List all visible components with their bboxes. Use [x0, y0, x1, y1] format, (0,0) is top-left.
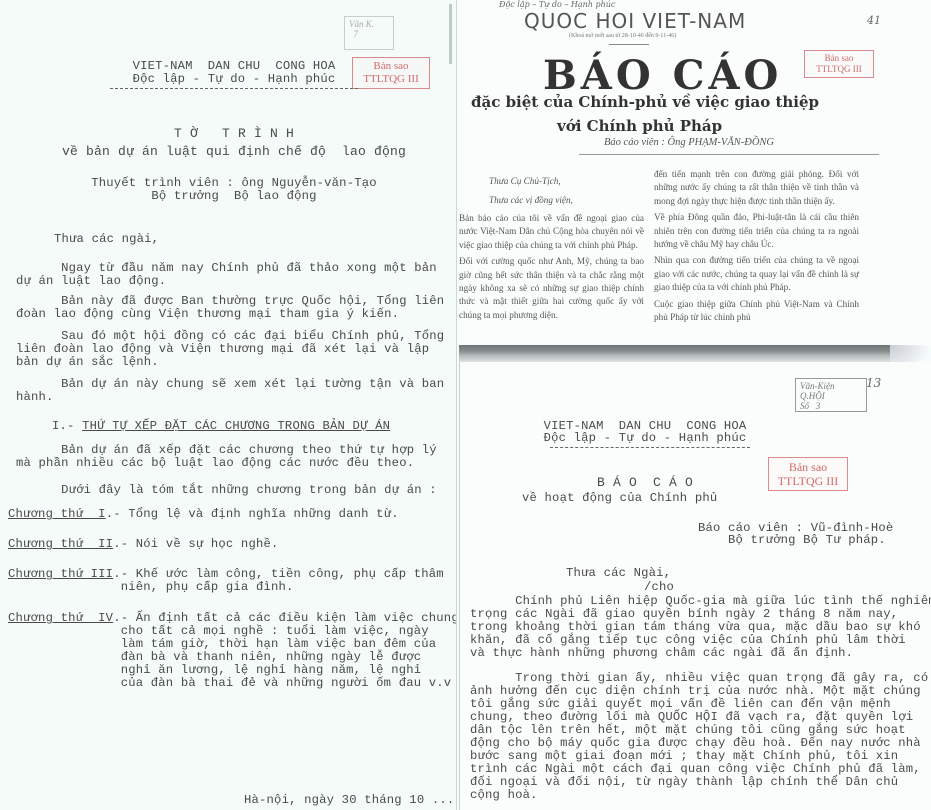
chapter-item: Chương thứ III.- Khế ước làm công, tiền …	[8, 568, 444, 594]
presenter-title: Bộ trưởng Bộ lao động	[24, 190, 444, 203]
handwritten-note: Độc lập – Tự do – Hạnh phúc	[499, 0, 615, 9]
assembly-header: QUOC HOI VIET-NAM	[524, 9, 746, 33]
registry-stamp: Văn-Kiện Q.HỘI Số 3	[795, 378, 867, 412]
header-divider	[550, 447, 750, 448]
paragraph: Bản này đã được Ban thường trực Quốc hội…	[16, 295, 444, 321]
salutation: Thưa các ngài,	[54, 233, 159, 246]
report-subtitle-1: đặc biệt của Chính-phủ về việc giao thiệ…	[471, 93, 819, 111]
header-rule	[609, 44, 649, 45]
paragraph: Trong thời gian ấy, nhiều việc quan trọn…	[470, 672, 928, 802]
archive-stamp: Bản sao TTLTQG III	[768, 457, 848, 491]
report-subtitle-2: với Chính phủ Pháp	[557, 117, 722, 135]
archive-stamp: Bản sao TTLTQG III	[804, 50, 874, 78]
paragraph: Chính phủ Liên hiệp Quốc-gia mà giữa lúc…	[470, 595, 931, 660]
text-column-2: đến tiến mạnh trên con đường giải phóng.…	[654, 168, 859, 327]
document-bao-cao-hoat-dong-chinh-phu: Văn-Kiện Q.HỘI Số 3 13 Bản sao TTLTQG II…	[459, 362, 931, 810]
paragraph: Ngay từ đầu năm nay Chính phủ đã thảo xo…	[16, 262, 437, 288]
document-to-trinh-lao-dong: Văn K. 7 Bản sao TTLTQG III VIET-NAM DAN…	[4, 0, 457, 810]
header-motto: Độc lập - Tự do - Hạnh phúc	[540, 432, 750, 445]
report-title: BÁO CÁO	[543, 52, 782, 99]
closing-date: Hà-nội, ngày 30 tháng 10 ...	[244, 794, 454, 807]
reporter: Báo cáo viên : Ông PHẠM-VĂN-ĐỒNG	[604, 137, 774, 148]
greeting: Thưa các vị đồng viện,	[489, 194, 573, 207]
section-paragraph: Bản dự án đã xếp đặt các chương theo thứ…	[16, 444, 437, 470]
paragraph: Sau đó một hội đồng có các đại biểu Chín…	[16, 330, 444, 369]
paragraph: Bản dự án này chung sẽ xem xét lại tường…	[16, 378, 444, 404]
chapter-item: Chương thứ IV.- Ấn định tất cả các điều …	[8, 612, 457, 690]
page-mark: 41	[867, 14, 881, 27]
reporter-title: Bộ trưởng Bộ Tư pháp.	[728, 534, 886, 547]
document-bao-cao-giao-thiep-phap: Độc lập – Tự do – Hạnh phúc QUOC HOI VIE…	[459, 0, 931, 347]
doc-title: B Á O C Á O	[540, 476, 750, 489]
reporter-rule	[579, 154, 879, 155]
assembly-session: (Khoá mở mới sau từ 28-10-46 đến 9-11-46…	[569, 33, 676, 39]
chapter-item: Chương thứ I.- Tổng lệ và định nghĩa nhữ…	[8, 508, 399, 521]
summary-intro: Dưới đây là tóm tắt những chương trong b…	[16, 484, 437, 497]
header-motto: Độc lập - Tự do - Hạnh phúc	[104, 73, 364, 86]
section-title: THỨ TỰ XẾP ĐẶT CÁC CHƯƠNG TRONG BẢN DỰ Á…	[82, 419, 390, 433]
section-number: I.-	[52, 419, 82, 433]
page-fold-shadow	[459, 345, 890, 363]
greeting: Thưa Cụ Chủ-Tịch,	[489, 175, 561, 188]
section-heading: I.- THỨ TỰ XẾP ĐẶT CÁC CHƯƠNG TRONG BẢN …	[52, 420, 390, 433]
doc-title: T Ờ T R Ì N H	[24, 127, 444, 140]
page-mark: 13	[866, 376, 881, 390]
chapter-item: Chương thứ II.- Nói về sự học nghề.	[8, 538, 279, 551]
header-divider	[110, 88, 358, 89]
text-column-1: Bản báo cáo của tôi về vấn đề ngoại giao…	[459, 212, 644, 325]
registry-stamp: Văn K. 7	[344, 16, 394, 50]
doc-subtitle: về bản dự án luật qui định chế độ lao độ…	[24, 145, 444, 158]
insert-note: /cho	[644, 581, 674, 594]
doc-subtitle: về hoạt động của Chính phủ	[522, 492, 717, 505]
salutation: Thưa các Ngài,	[566, 567, 671, 580]
